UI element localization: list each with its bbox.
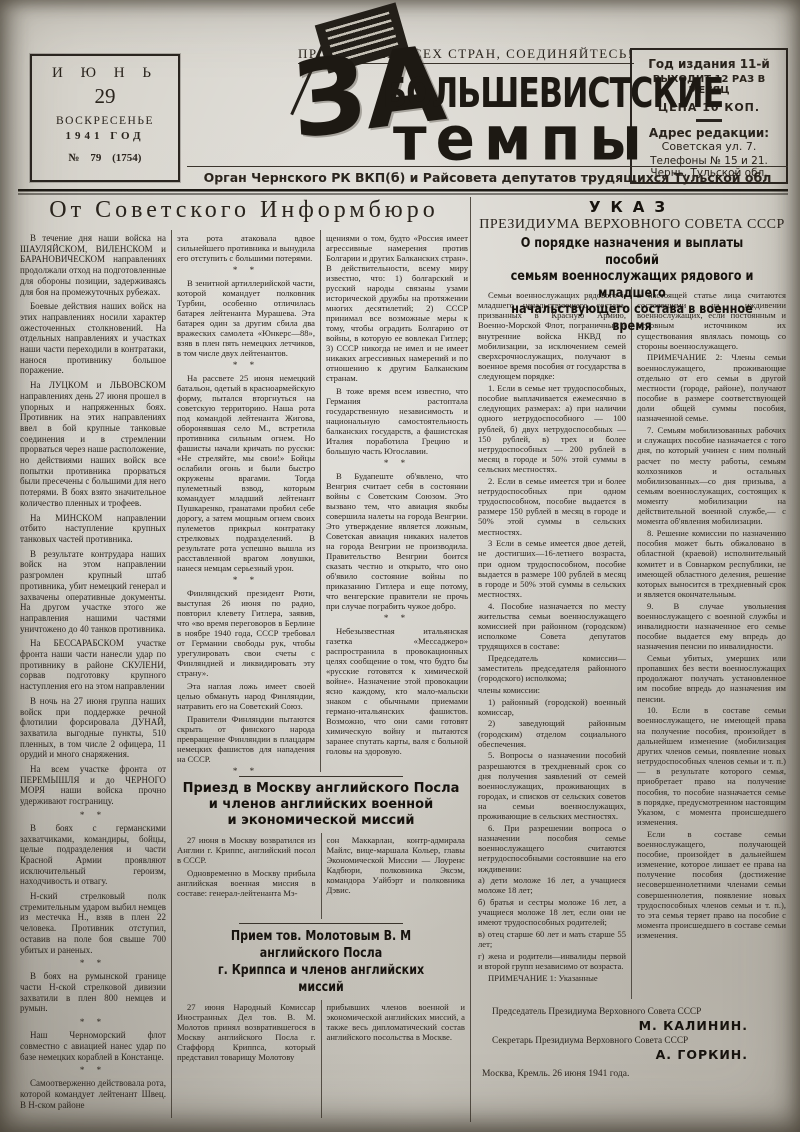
reception-columns: 27 июня Народный Комиссар Иностранных Де… [172,1000,470,1118]
paragraph: в) отец старше 60 лет и мать старше 55 л… [478,929,626,949]
star-separator: * * [177,266,315,275]
divider [239,923,403,924]
edition-year: Год издания 11-й [632,57,786,71]
ukaz-columns: Семьи военнослужащих рядового и младшего… [476,287,788,999]
informburo-headline: От Советского Информбюро [18,197,470,230]
middle-region: эта рота атаковала вдвое сильнейшего про… [172,230,470,1118]
paragraph: В зенитной артиллерийской части, которой… [177,278,315,358]
paragraph: б) братья и сестры моложе 16 лет, а учащ… [478,897,626,927]
paragraph: а) дети моложе 16 лет, а учащиеся моложе… [478,875,626,895]
informburo-column-3: щениями о том, будто «Россия имеет агрес… [321,230,470,772]
star-separator: * * [20,1066,166,1075]
paragraph: 1) районный (городской) военный комиссар… [478,697,626,717]
informburo-columns-2-3: эта рота атаковала вдвое сильнейшего про… [172,230,470,772]
paragraph: 9. В случае увольнения военнослужащего с… [637,601,786,652]
informburo-column-2: эта рота атаковала вдвое сильнейшего про… [172,230,320,772]
reception-headline: Прием тов. Молотовым В. М английского По… [199,928,443,996]
date-year: 1941 ГОД [32,130,178,142]
ukaz-column-b: в настоящей статье лица считаются состоя… [632,287,788,999]
paragraph: Н-ский стрелковый полк стремительным уда… [20,891,166,955]
informburo-columns: В течение дня наши войска на ШАУЛЯЙСКОМ,… [18,230,470,1118]
paragraph: прибывших членов военной и экономической… [327,1002,466,1042]
paragraph: 4. Пособие назначается по месту жительст… [478,601,626,652]
paragraph: 5. Вопросы о назначении пособий разрешаю… [478,750,626,821]
secretary-title: Секретарь Президиума Верховного Совета С… [480,1036,782,1046]
paragraph: 10. Если в составе семьи военнослужащего… [637,705,786,827]
ukaz-header: УКАЗ ПРЕЗИДИУМА ВЕРХОВНОГО СОВЕТА СССР О… [476,197,788,287]
paragraph: 6. При разрешении вопроса о назначении п… [478,823,626,874]
paragraph: члены комиссии: [478,685,626,695]
paragraph: На БЕССАРАБСКОМ участке фронта наши част… [20,638,166,692]
newspaper-page: И Ю Н Ь 29 ВОСКРЕСЕНЬЕ 1941 ГОД № 79 (17… [0,0,800,1132]
paragraph: В Будапеште об'явлено, что Венгрия счита… [326,471,468,611]
divider [696,119,722,122]
paragraph: 2) заведующий районным (городским) отдел… [478,718,626,748]
paragraph: В течение дня наши войска на ШАУЛЯЙСКОМ,… [20,233,166,297]
paragraph: В ночь на 27 июня группа наших войск при… [20,696,166,760]
paragraph: На рассвете 25 июня немецкий батальон, о… [177,373,315,573]
paragraph: Эта наглая ложь имеет своей целью обману… [177,681,315,711]
address: Советская ул. 7. [632,140,786,153]
arrival-column-1: 27 июня в Москву возвратился из Англии г… [172,833,321,919]
paragraph: эта рота атаковала вдвое сильнейшего про… [177,233,315,263]
paragraph: Если в составе семьи военнослужащего, по… [637,829,786,941]
address-label: Адрес редакции: [632,126,786,140]
paragraph: г) жена и родители—инвалиды первой и вто… [478,951,626,971]
page-body: От Советского Информбюро В течение дня н… [18,197,788,1122]
paragraph: 7. Семьям мобилизованных рабочих и служа… [637,425,786,527]
reception-column-1: 27 июня Народный Комиссар Иностранных Де… [172,1000,321,1118]
paragraph: Председатель комиссии—заместитель предсе… [478,653,626,683]
signature-block: Председатель Президиума Верховного Совет… [476,999,788,1079]
ukaz-column-a: Семьи военнослужащих рядового и младшего… [476,287,631,999]
arrival-headline: Приезд в Москву английского Посла и член… [172,781,470,829]
paragraph: На МИНСКОМ направлении отбито наступлени… [20,513,166,545]
star-separator: * * [20,959,166,968]
reception-article: Прием тов. Молотовым В. М английского По… [172,919,470,1118]
paragraph: Боевые действия наших войск на этих напр… [20,301,166,376]
paragraph: ПРИМЕЧАНИЕ 2: Члены семьи военнослужащег… [637,352,786,423]
paragraph: Одновременно в Москву прибыла английская… [177,868,316,898]
date-box: И Ю Н Ь 29 ВОСКРЕСЕНЬЕ 1941 ГОД № 79 (17… [30,54,180,182]
issue-number: № 79 (1754) [32,152,178,164]
paragraph: Небезызвестная итальянская газетка «Месс… [326,626,468,756]
informburo-section: От Советского Информбюро В течение дня н… [18,197,470,1122]
paragraph: Семьи убитых, умерших или пропавших без … [637,653,786,704]
star-separator: * * [326,459,468,468]
reception-column-2: прибывших членов военной и экономической… [322,1000,471,1118]
paragraph: На всем участке фронта от ПЕРЕМЫШЛЯ и до… [20,764,166,807]
ukaz-title: УКАЗ [476,198,788,216]
ukaz-authority: ПРЕЗИДИУМА ВЕРХОВНОГО СОВЕТА СССР [476,217,788,233]
arrival-columns: 27 июня в Москву возвратился из Англии г… [172,833,470,919]
paragraph: В тоже время всем известно, что Германия… [326,386,468,456]
chairman-title: Председатель Президиума Верховного Совет… [480,1007,782,1017]
date-month: И Ю Н Ь [32,65,178,82]
ukaz-section: УКАЗ ПРЕЗИДИУМА ВЕРХОВНОГО СОВЕТА СССР О… [471,197,788,1122]
place-date: Москва, Кремль. 26 июня 1941 года. [480,1069,782,1079]
divider [239,776,403,777]
chairman-name: М. КАЛИНИН. [480,1018,782,1033]
paragraph: 3 Если в семье имеется двое детей, не до… [478,538,626,599]
paragraph: В результате контрудара наших войск на э… [20,549,166,635]
informburo-column-1: В течение дня наши войска на ШАУЛЯЙСКОМ,… [18,230,171,1118]
paragraph: 1. Если в семье нет трудоспособных, посо… [478,383,626,474]
paragraph: 8. Решение комиссии по назначению пособи… [637,528,786,599]
paragraph: В боях с германскими захватчиками, коман… [20,823,166,887]
divider [18,189,788,195]
date-weekday: ВОСКРЕСЕНЬЕ [32,115,178,127]
ukaz-subject: О порядке назначения и выплаты пособий с… [496,236,767,335]
star-separator: * * [20,811,166,820]
paragraph: щениями о том, будто «Россия имеет агрес… [326,233,468,383]
star-separator: * * [177,361,315,370]
paragraph: На ЛУЦКОМ и ЛЬВОВСКОМ направлениях день … [20,380,166,508]
secretary-name: А. ГОРКИН. [480,1047,782,1062]
paragraph: В боях на румынской границе части Н-ской… [20,971,166,1014]
arrival-article: Приезд в Москву английского Посла и член… [172,772,470,919]
paragraph: 27 июня Народный Комиссар Иностранных Де… [177,1002,316,1062]
paragraph: 27 июня в Москву возвратился из Англии г… [177,835,316,865]
paragraph: Наш Черноморский флот совместно с авиаци… [20,1030,166,1062]
paragraph: 2. Если в семье имеется три и более нетр… [478,476,626,537]
paragraph: Самоотверженно действовала рота, которой… [20,1078,166,1110]
paragraph: сон Маккарлан, контр-адмирала Майлс, виц… [327,835,466,895]
star-separator: * * [20,1018,166,1027]
star-separator: * * [177,576,315,585]
star-separator: * * [326,614,468,623]
paragraph: Финляндский президент Рюти, выступая 26 … [177,588,315,678]
paragraph: ПРИМЕЧАНИЕ 1: Указанные [478,973,626,983]
paragraph: Правители Финляндии пытаются скрыть от ф… [177,714,315,764]
date-day: 29 [32,84,178,109]
masthead-title-line2: темпы [393,103,651,174]
arrival-column-2: сон Маккарлан, контр-адмирала Майлс, виц… [322,833,471,919]
